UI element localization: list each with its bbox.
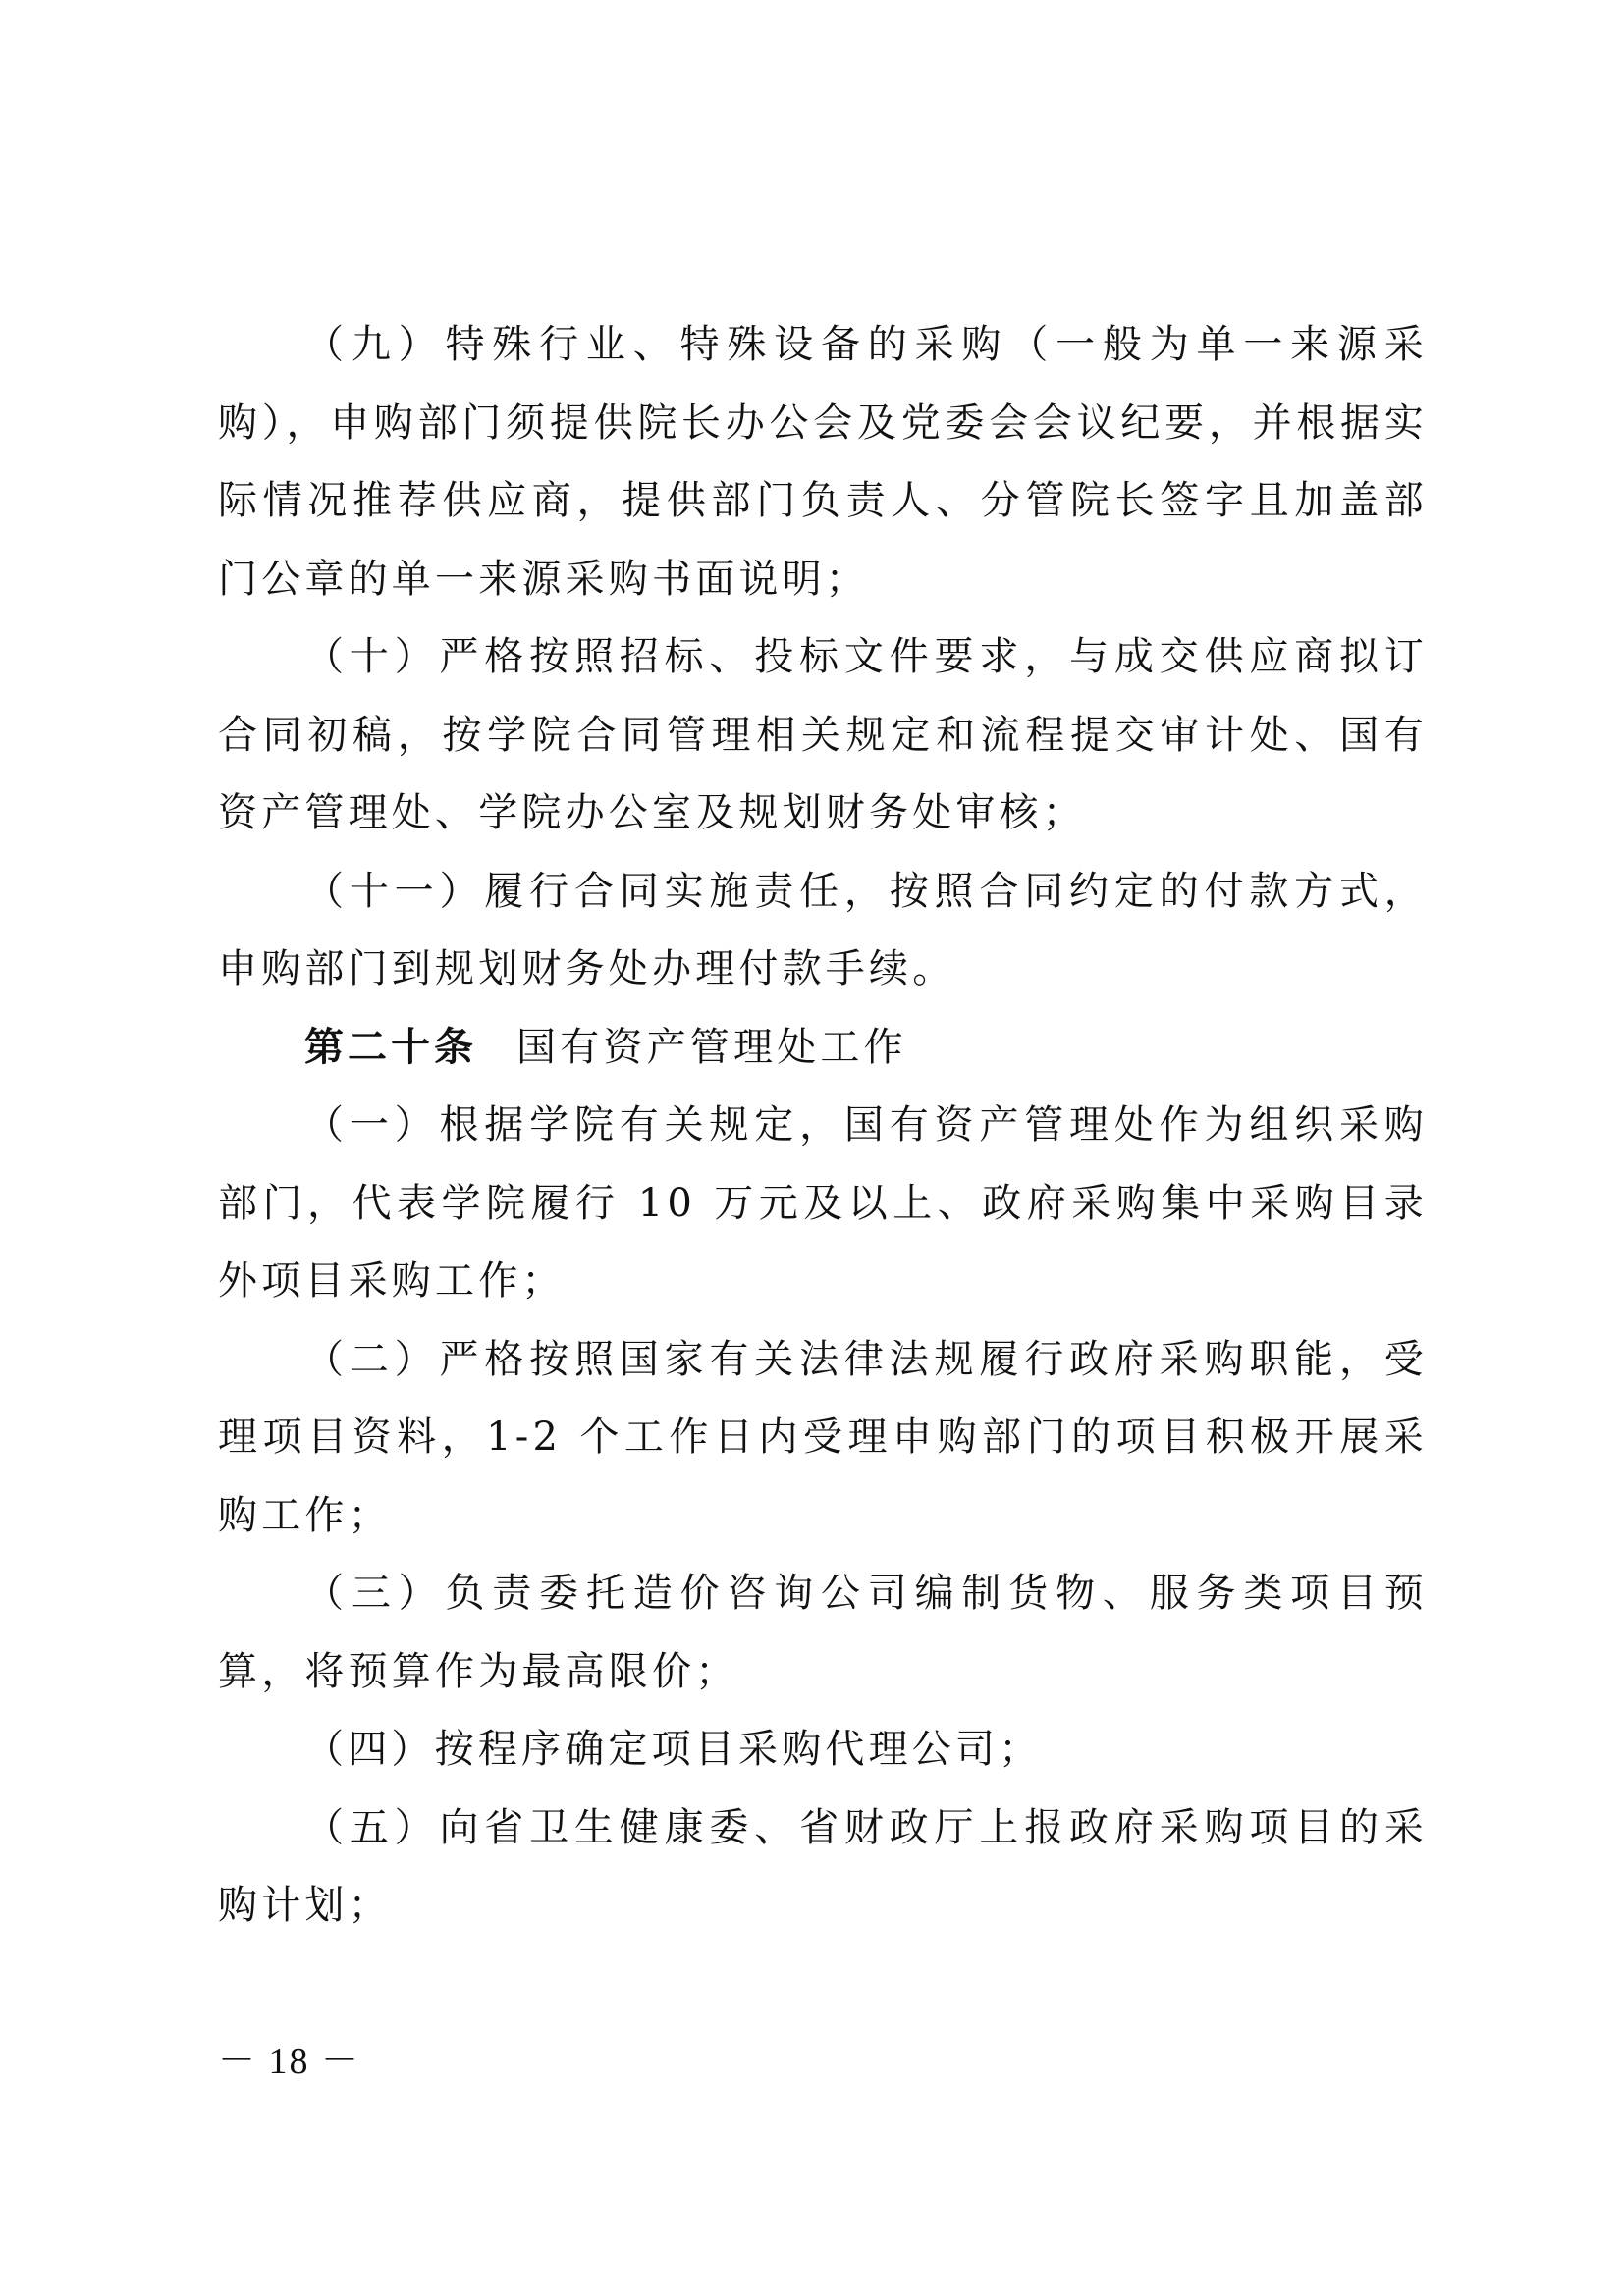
- page-number: － 18 －: [218, 2030, 360, 2084]
- article-heading: 第二十条国有资产管理处工作: [218, 1009, 1428, 1088]
- paragraph-item-2: （二）严格按照国家有关法律法规履行政府采购职能，受理项目资料，1-2 个工作日内…: [218, 1321, 1428, 1556]
- article-number: 第二十条: [304, 1025, 477, 1070]
- paragraph-item-10: （十）严格按照招标、投标文件要求，与成交供应商拟订合同初稿，按学院合同管理相关规…: [218, 618, 1428, 853]
- article-title: 国有资产管理处工作: [516, 1025, 907, 1070]
- paragraph-item-11: （十一）履行合同实施责任，按照合同约定的付款方式，申购部门到规划财务处办理付款手…: [218, 853, 1428, 1009]
- page-body: （九）特殊行业、特殊设备的采购（一般为单一来源采购），申购部门须提供院长办公会及…: [218, 306, 1428, 1946]
- paragraph-item-1: （一）根据学院有关规定，国有资产管理处作为组织采购部门，代表学院履行 10 万元…: [218, 1087, 1428, 1321]
- document-page: （九）特殊行业、特殊设备的采购（一般为单一来源采购），申购部门须提供院长办公会及…: [0, 0, 1624, 2296]
- paragraph-item-9: （九）特殊行业、特殊设备的采购（一般为单一来源采购），申购部门须提供院长办公会及…: [218, 306, 1428, 618]
- paragraph-item-5: （五）向省卫生健康委、省财政厅上报政府采购项目的采购计划；: [218, 1789, 1428, 1946]
- paragraph-item-3: （三）负责委托造价咨询公司编制货物、服务类项目预算，将预算作为最高限价；: [218, 1555, 1428, 1711]
- paragraph-item-4: （四）按程序确定项目采购代理公司；: [218, 1711, 1428, 1789]
